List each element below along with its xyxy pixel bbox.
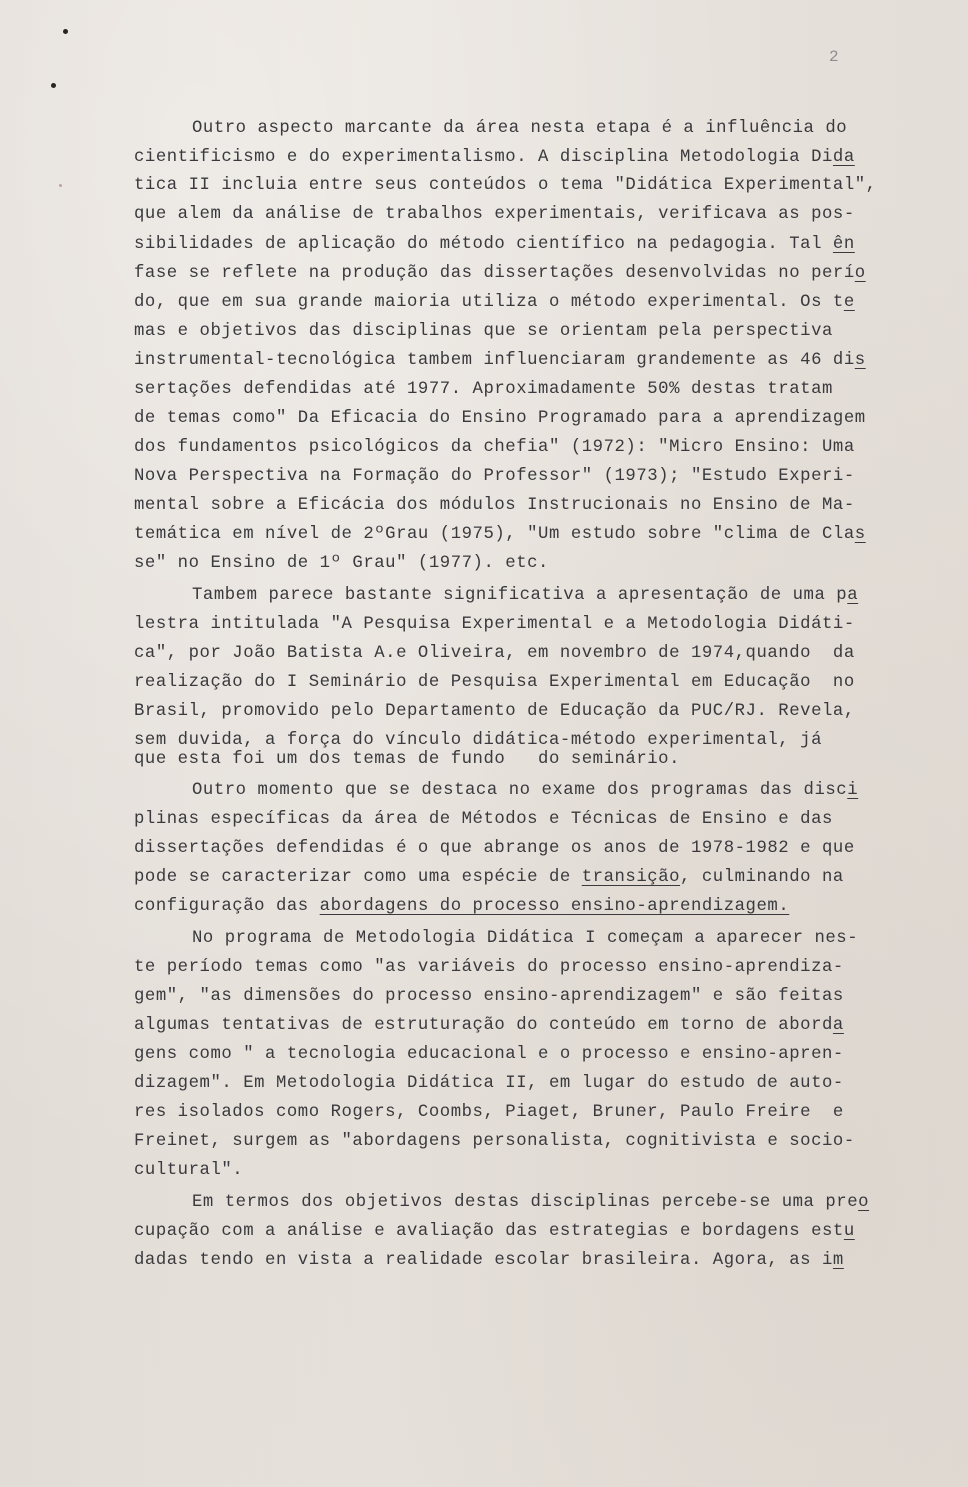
syllable-break-mark: s <box>855 525 866 544</box>
syllable-break-mark: a <box>833 1016 844 1035</box>
text-line: Outro momento que se destaca no exame do… <box>192 780 858 802</box>
text-line: que alem da análise de trabalhos experim… <box>134 204 855 226</box>
text-line: algumas tentativas de estruturação do co… <box>134 1015 844 1037</box>
punch-mark <box>51 83 56 88</box>
text-line: Em termos dos objetivos destas disciplin… <box>192 1192 869 1214</box>
text-line: cientificismo e do experimentalismo. A d… <box>134 147 855 169</box>
typewritten-page: 2 Outro aspecto marcante da área nesta e… <box>0 0 968 1487</box>
syllable-break-mark: m <box>833 1251 844 1270</box>
text-line: ca", por João Batista A.e Oliveira, em n… <box>134 643 855 665</box>
text-line: sertações defendidas até 1977. Aproximad… <box>134 379 833 401</box>
text-line: temática em nível de 2ºGrau (1975), "Um … <box>134 524 866 546</box>
syllable-break-mark: i <box>847 781 858 800</box>
punch-mark <box>63 29 68 34</box>
text-line: dos fundamentos psicológicos da chefia" … <box>134 437 855 459</box>
text-line: lestra intitulada "A Pesquisa Experiment… <box>134 614 855 636</box>
syllable-break-mark: e <box>844 293 855 312</box>
text-line: dadas tendo en vista a realidade escolar… <box>134 1250 844 1272</box>
text-line: res isolados como Rogers, Coombs, Piaget… <box>134 1102 844 1124</box>
text-line: te período temas como "as variáveis do p… <box>134 957 844 979</box>
text-line: tica II incluia entre seus conteúdos o t… <box>134 175 877 197</box>
syllable-break-mark: u <box>844 1222 855 1241</box>
syllable-break-mark: o <box>855 264 866 283</box>
underlined-phrase: transição <box>582 868 680 887</box>
text-line: gem", "as dimensões do processo ensino-a… <box>134 986 844 1008</box>
syllable-break-mark: a <box>847 586 858 605</box>
text-line: Brasil, promovido pelo Departamento de E… <box>134 701 855 723</box>
syllable-break-mark: o <box>858 1193 869 1212</box>
syllable-break-mark: da <box>833 148 855 167</box>
underlined-phrase: abordagens do processo ensino-aprendizag… <box>320 897 790 916</box>
text-line: se" no Ensino de 1º Grau" (1977). etc. <box>134 553 549 575</box>
text-line: No programa de Metodologia Didática I co… <box>192 928 858 950</box>
text-line: que esta foi um dos temas de fundo do se… <box>134 749 680 771</box>
text-line: dizagem". Em Metodologia Didática II, em… <box>134 1073 844 1095</box>
text-line: plinas específicas da área de Métodos e … <box>134 809 833 831</box>
page-number: 2 <box>829 48 839 66</box>
text-line: Tambem parece bastante significativa a a… <box>192 585 858 607</box>
text-line: instrumental-tecnológica tambem influenc… <box>134 350 866 372</box>
text-line: pode se caracterizar como uma espécie de… <box>134 867 844 889</box>
text-line: de temas como" Da Eficacia do Ensino Pro… <box>134 408 866 430</box>
syllable-break-mark: s <box>855 351 866 370</box>
text-line: Nova Perspectiva na Formação do Professo… <box>134 466 855 488</box>
text-line: realização do I Seminário de Pesquisa Ex… <box>134 672 855 694</box>
text-line: mental sobre a Eficácia dos módulos Inst… <box>134 495 855 517</box>
text-line: Outro aspecto marcante da área nesta eta… <box>192 118 847 140</box>
text-line: gens como " a tecnologia educacional e o… <box>134 1044 844 1066</box>
text-line: mas e objetivos das disciplinas que se o… <box>134 321 833 343</box>
text-line: configuração das abordagens do processo … <box>134 896 789 918</box>
text-line: Freinet, surgem as "abordagens personali… <box>134 1131 855 1153</box>
text-line: cultural". <box>134 1160 243 1182</box>
text-line: fase se reflete na produção das disserta… <box>134 263 866 285</box>
text-line: cupação com a análise e avaliação das es… <box>134 1221 855 1243</box>
text-line: do, que em sua grande maioria utiliza o … <box>134 292 855 314</box>
text-line: sibilidades de aplicação do método cient… <box>134 234 855 256</box>
syllable-break-mark: ên <box>833 235 855 254</box>
stain-mark <box>59 184 62 187</box>
text-line: dissertações defendidas é o que abrange … <box>134 838 855 860</box>
